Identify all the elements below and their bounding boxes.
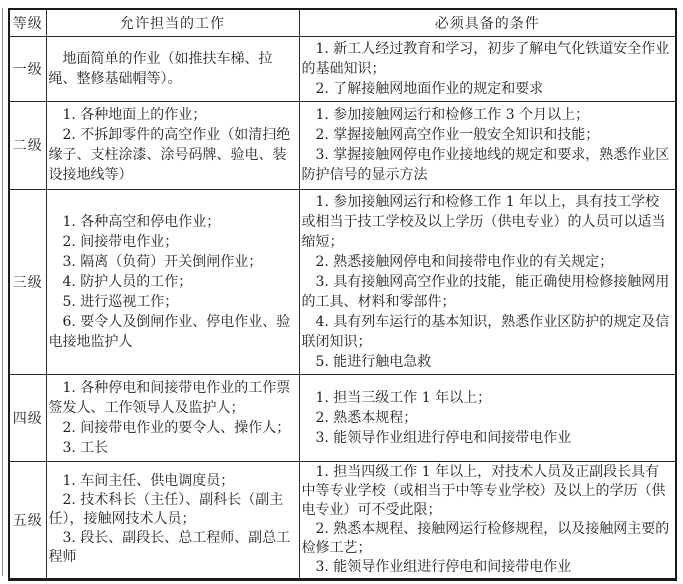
condition-item: 2. 了解接触网地面作业的规定和要求: [302, 79, 674, 99]
condition-item: 1. 参加接触网运行和检修工作 3 个月以上；: [302, 105, 674, 125]
work-item: 2. 间接带电作业；: [49, 232, 297, 252]
condition-item: 2. 熟悉本规程；: [302, 408, 674, 428]
condition-item: 1. 参加接触网运行和检修工作 1 年以上，具有技工学校或相当于技工学校及以上学…: [302, 192, 674, 252]
level-cell: 三级: [9, 189, 46, 374]
conditions-cell: 1. 新工人经过教育和学习，初步了解电气化铁道安全作业的基础知识； 2. 了解接…: [299, 36, 676, 101]
work-item: 2. 间接带电作业的要令人、操作人；: [49, 418, 297, 438]
level-cell: 二级: [9, 101, 46, 189]
condition-item: 5. 能进行触电急救: [302, 352, 674, 372]
table-row-level-2: 二级 1. 各种地面上的作业； 2. 不拆卸零件的高空作业（如清扫绝缘子、支柱涂…: [9, 101, 676, 189]
condition-item: 3. 具有接触网高空作业的技能，能正确使用检修接触网用的工具、材料和零部件；: [302, 272, 674, 312]
work-cell: 1. 车间主任、供电调度员； 2. 技术科长（主任）、副科长（副主任），接触网技…: [46, 461, 299, 579]
work-cell: 1. 各种停电和间接带电作业的工作票签发人、工作领导人及监护人； 2. 间接带电…: [46, 374, 299, 461]
table-row-level-3: 三级 1. 各种高空和停电作业； 2. 间接带电作业； 3. 隔离（负荷）开关倒…: [9, 189, 676, 374]
header-cell-conditions: 必须具备的条件: [299, 9, 676, 36]
work-cell: 1. 各种高空和停电作业； 2. 间接带电作业； 3. 隔离（负荷）开关倒闸作业…: [46, 189, 299, 374]
work-cell: 1. 各种地面上的作业； 2. 不拆卸零件的高空作业（如清扫绝缘子、支柱涂漆、涂…: [46, 101, 299, 189]
scanned-document-page: 等级 允许担当的工作 必须具备的条件 一级 地面简单的作业（如推扶车梯、拉绳、整…: [0, 0, 683, 584]
work-item: 3. 工长: [49, 438, 297, 458]
condition-item: 1. 担当三级工作 1 年以上；: [302, 388, 674, 408]
worker-grade-table: 等级 允许担当的工作 必须具备的条件 一级 地面简单的作业（如推扶车梯、拉绳、整…: [8, 8, 677, 581]
table-row-level-1: 一级 地面简单的作业（如推扶车梯、拉绳、整修基础帽等）。 1. 新工人经过教育和…: [9, 36, 676, 101]
condition-item: 1. 新工人经过教育和学习，初步了解电气化铁道安全作业的基础知识；: [302, 39, 674, 79]
condition-item: 4. 具有列车运行的基本知识，熟悉作业区防护的规定及信联闭知识；: [302, 312, 674, 352]
condition-item: 3. 能领导作业组进行停电和间接带电作业: [302, 428, 674, 448]
scan-edge-line: [2, 8, 3, 576]
work-cell: 地面简单的作业（如推扶车梯、拉绳、整修基础帽等）。: [46, 36, 299, 101]
header-cell-level: 等级: [9, 9, 46, 36]
work-item: 地面简单的作业（如推扶车梯、拉绳、整修基础帽等）。: [49, 49, 297, 89]
work-item: 3. 段长、副段长、总工程师、副总工程师: [49, 529, 297, 567]
work-item: 1. 各种高空和停电作业；: [49, 212, 297, 232]
level-cell: 四级: [9, 374, 46, 461]
table-row-level-4: 四级 1. 各种停电和间接带电作业的工作票签发人、工作领导人及监护人； 2. 间…: [9, 374, 676, 461]
condition-item: 2. 熟悉本规程、接触网运行检修规程，以及接触网主要的检修工艺；: [302, 520, 674, 558]
work-item: 1. 各种地面上的作业；: [49, 105, 297, 125]
work-item: 5. 进行巡视工作；: [49, 292, 297, 312]
table-row-level-5: 五级 1. 车间主任、供电调度员； 2. 技术科长（主任）、副科长（副主任），接…: [9, 461, 676, 579]
work-item: 4. 防护人员的工作；: [49, 272, 297, 292]
work-item: 2. 不拆卸零件的高空作业（如清扫绝缘子、支柱涂漆、涂号码牌、验电、装设接地线等…: [49, 125, 297, 185]
work-item: 3. 隔离（负荷）开关倒闸作业；: [49, 252, 297, 272]
condition-item: 3. 能领导作业组进行停电和间接带电作业: [302, 558, 674, 577]
condition-item: 3. 掌握接触网停电作业接地线的规定和要求，熟悉作业区防护信号的显示方法: [302, 145, 674, 185]
work-item: 6. 要令人及倒闸作业、停电作业、验电接地监护人: [49, 312, 297, 352]
header-cell-work: 允许担当的工作: [46, 9, 299, 36]
condition-item: 2. 掌握接触网高空作业一般安全知识和技能；: [302, 125, 674, 145]
work-item: 1. 各种停电和间接带电作业的工作票签发人、工作领导人及监护人；: [49, 378, 297, 418]
conditions-cell: 1. 参加接触网运行和检修工作 1 年以上，具有技工学校或相当于技工学校及以上学…: [299, 189, 676, 374]
work-item: 1. 车间主任、供电调度员；: [49, 472, 297, 491]
header-row: 等级 允许担当的工作 必须具备的条件: [9, 9, 676, 36]
work-item: 2. 技术科长（主任）、副科长（副主任），接触网技术人员；: [49, 491, 297, 529]
condition-item: 2. 熟悉接触网停电和间接带电作业的有关规定；: [302, 252, 674, 272]
level-cell: 一级: [9, 36, 46, 101]
conditions-cell: 1. 担当四级工作 1 年以上，对技术人员及正副段长具有中等专业学校（或相当于中…: [299, 461, 676, 579]
conditions-cell: 1. 参加接触网运行和检修工作 3 个月以上； 2. 掌握接触网高空作业一般安全…: [299, 101, 676, 189]
conditions-cell: 1. 担当三级工作 1 年以上； 2. 熟悉本规程； 3. 能领导作业组进行停电…: [299, 374, 676, 461]
level-cell: 五级: [9, 461, 46, 579]
condition-item: 1. 担当四级工作 1 年以上，对技术人员及正副段长具有中等专业学校（或相当于中…: [302, 463, 674, 520]
